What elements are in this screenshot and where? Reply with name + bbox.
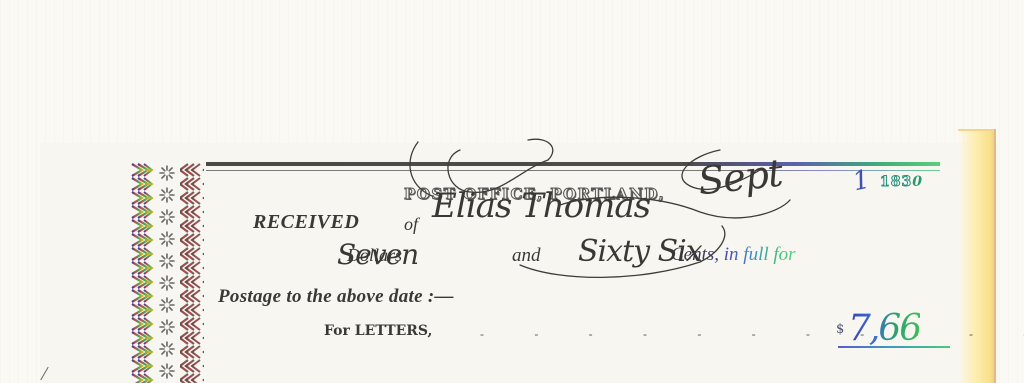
header-rule-thin xyxy=(206,170,940,171)
year-handwritten-digit: 0 xyxy=(912,174,923,190)
cents-label: Cents, in full for xyxy=(671,244,796,266)
decorative-border xyxy=(130,163,206,383)
received-label: RECEIVED xyxy=(253,211,359,234)
dotted-leader: - - - - - - - - - - - - - - - xyxy=(480,327,1024,341)
postage-label: Postage to the above date :— xyxy=(218,286,454,308)
and-label: and xyxy=(512,245,541,267)
header-rule-thick xyxy=(206,162,940,166)
receipt-right-edge xyxy=(994,129,996,383)
received-of-label: of xyxy=(404,214,418,235)
year-printed-digits: 183 xyxy=(880,174,912,190)
receipt-yellow-edge xyxy=(958,129,996,383)
dollars-label: Dollars xyxy=(347,245,402,266)
for-letters-label: For LETTERS, xyxy=(324,323,432,339)
year-printed: 1830 xyxy=(880,174,923,190)
amount-underline xyxy=(838,346,950,348)
currency-sign: $ xyxy=(836,322,844,337)
post-office-heading: POST OFFICE, PORTLAND, xyxy=(404,185,665,203)
receipt-top-edge xyxy=(958,129,996,131)
